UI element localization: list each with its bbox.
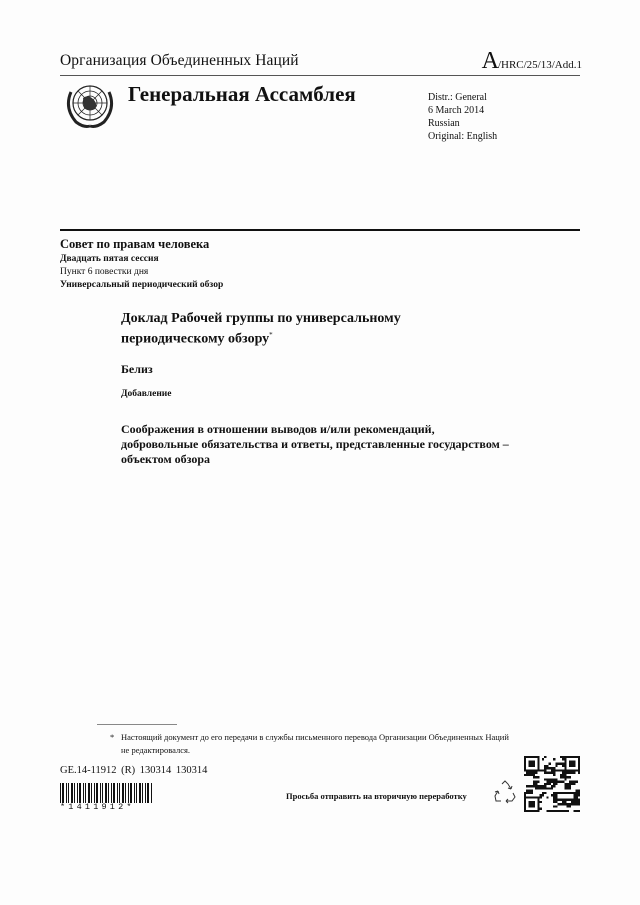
date-line: 6 March 2014 [428, 104, 497, 117]
header-rule [60, 75, 580, 76]
symbol-rest: /HRC/25/13/Add.1 [498, 59, 582, 71]
document-subtitle: Соображения в отношении выводов и/или ре… [121, 422, 511, 467]
review-name: Универсальный периодический обзор [60, 280, 223, 290]
addendum-label: Добавление [121, 389, 172, 399]
agenda-item: Пункт 6 повестки дня [60, 267, 148, 277]
document-symbol: A/HRC/25/13/Add.1 [482, 48, 582, 75]
council-name: Совет по правам человека [60, 237, 209, 252]
distribution-block: Distr.: General 6 March 2014 Russian Ori… [428, 91, 497, 143]
footnote-rule [97, 724, 177, 725]
footnote-text: Настоящий документ до его передачи в слу… [121, 731, 511, 757]
recycle-text: Просьба отправить на вторичную переработ… [286, 791, 467, 801]
country-name: Белиз [121, 362, 153, 377]
section-rule [60, 229, 580, 231]
qr-code-icon [524, 756, 580, 812]
barcode-text: *1411912* [60, 802, 135, 812]
recycle-icon [494, 780, 516, 804]
language-line: Russian [428, 117, 497, 130]
original-line: Original: English [428, 130, 497, 143]
report-title-text: Доклад Рабочей группы по универсальному … [121, 311, 401, 347]
session-name: Двадцать пятая сессия [60, 254, 159, 264]
barcode-icon [60, 783, 152, 803]
organization-name: Организация Объединенных Наций [60, 52, 299, 70]
assembly-title: Генеральная Ассамблея [128, 82, 356, 107]
symbol-prefix: A [482, 48, 498, 74]
distr-line: Distr.: General [428, 91, 497, 104]
report-title: Доклад Рабочей группы по универсальному … [121, 310, 501, 348]
un-emblem-icon [62, 80, 118, 130]
footnote-marker: * [269, 331, 273, 339]
job-number: GE.14-11912 (R) 130314 130314 [60, 765, 207, 776]
